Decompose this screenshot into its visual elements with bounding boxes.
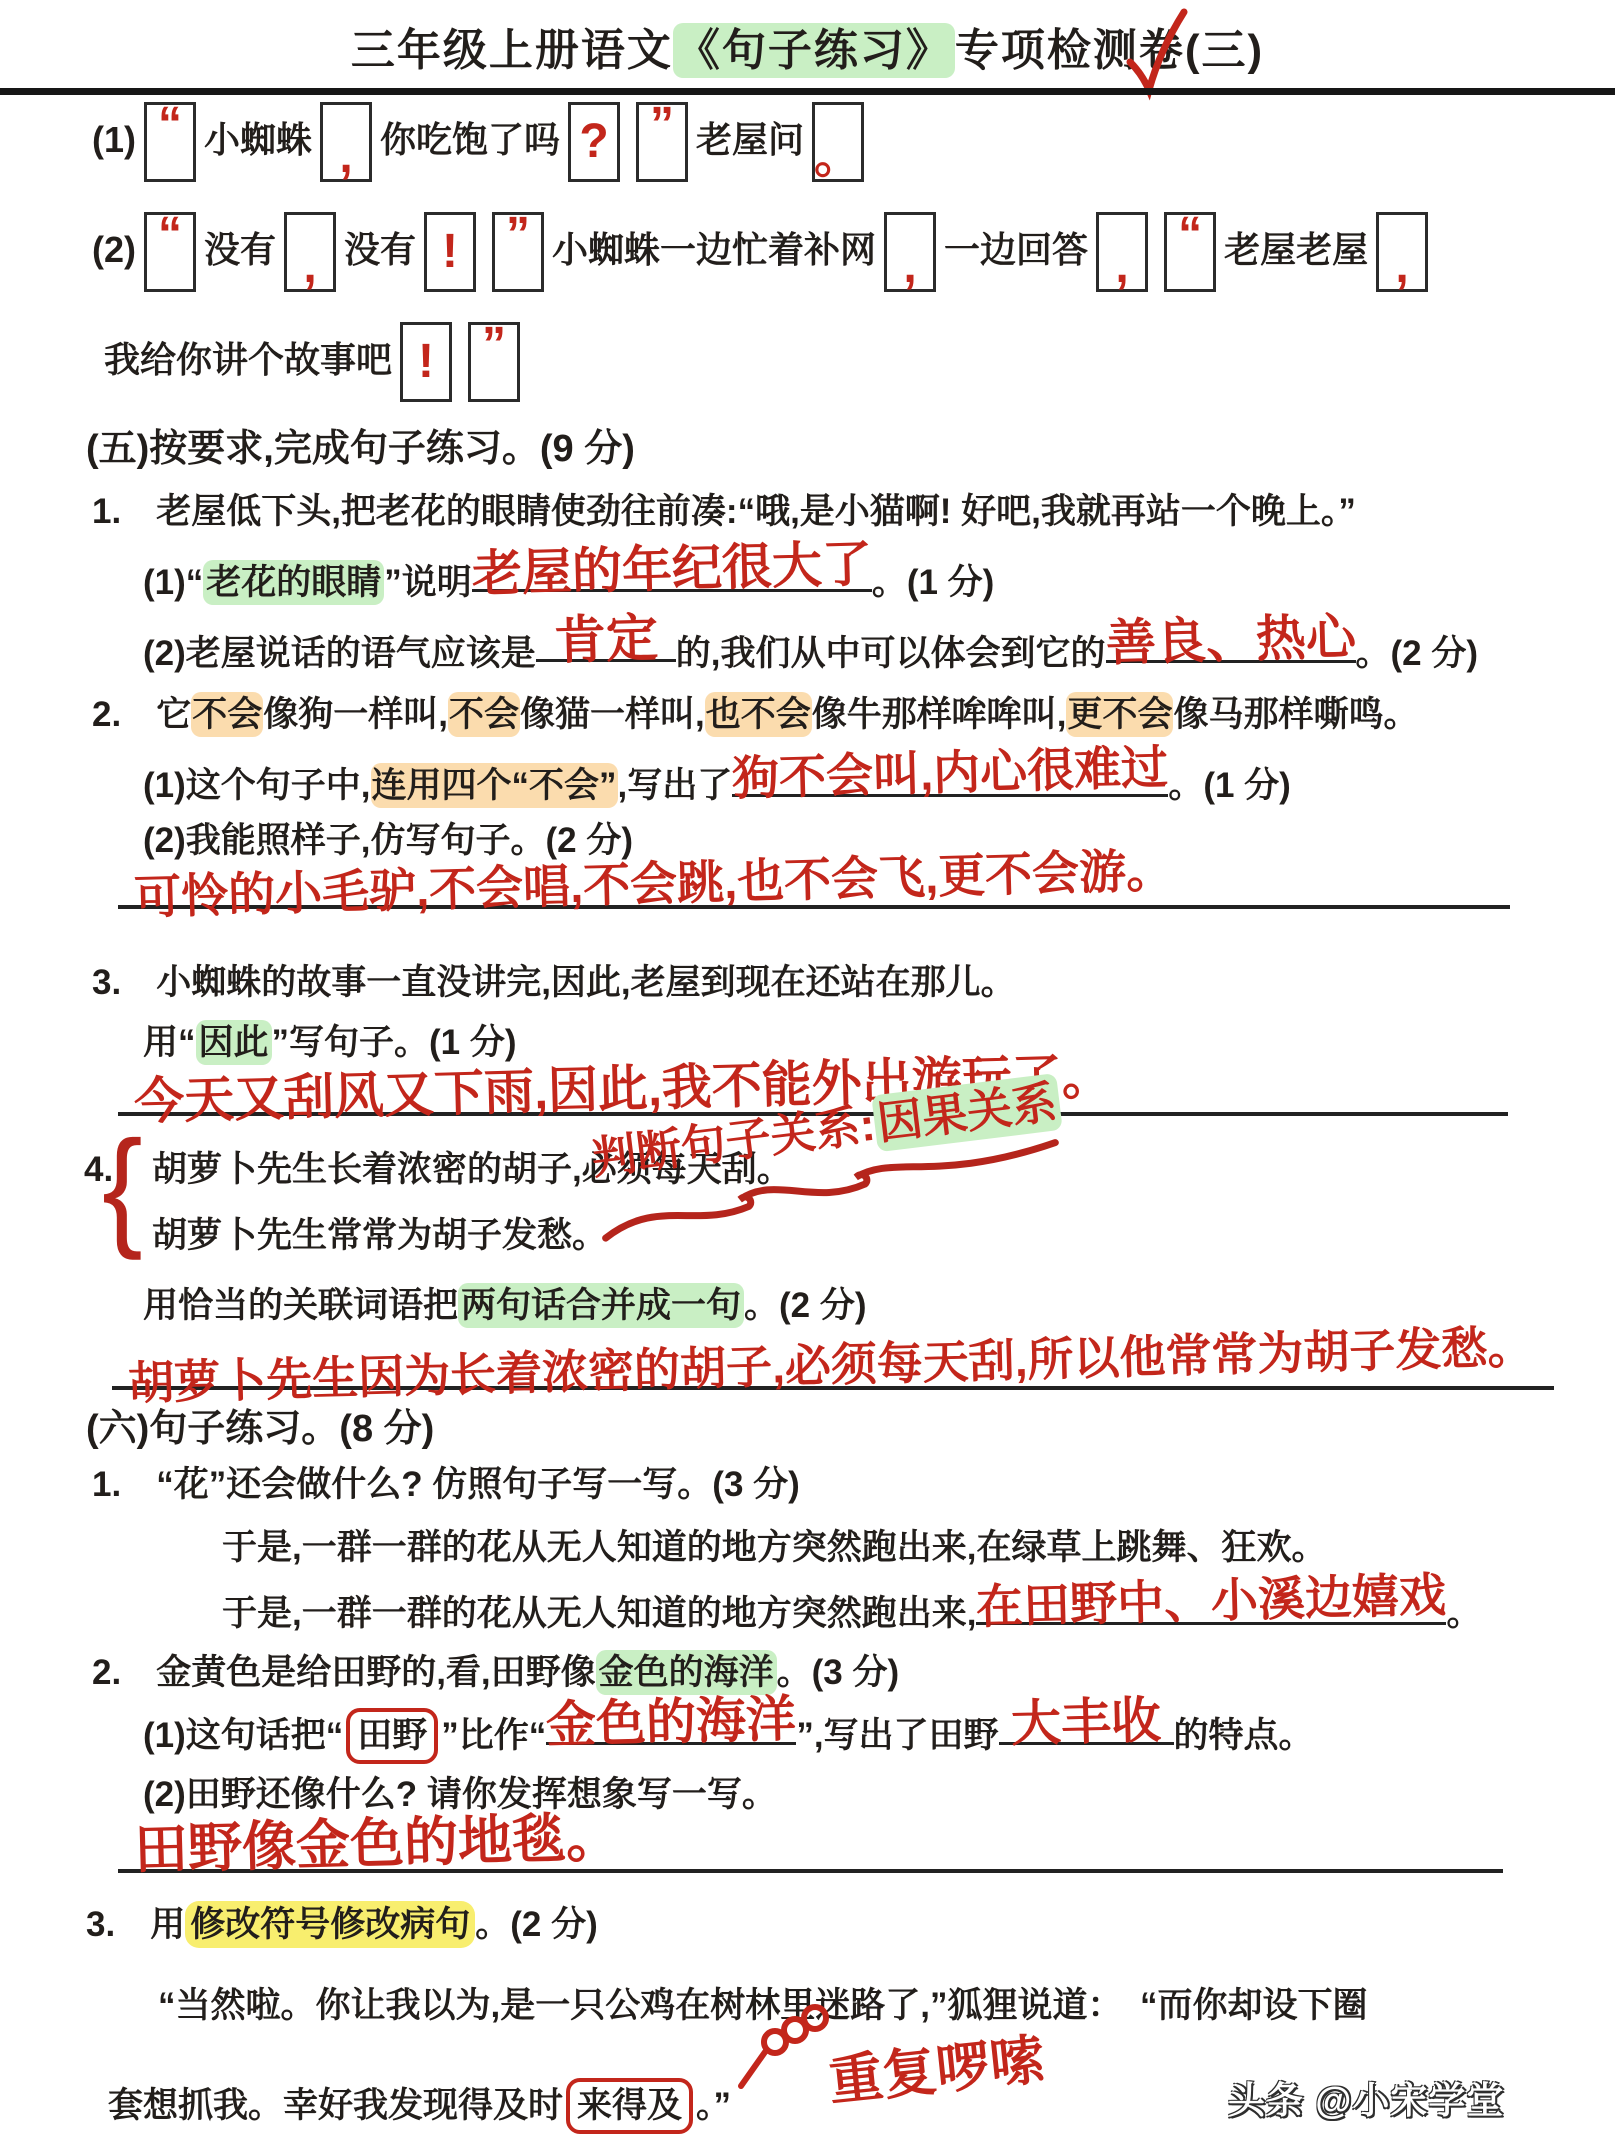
- text-segment: 2. 金黄色是给田野的,看,田野像: [92, 1653, 596, 1692]
- page-title: 三年级上册语文《句子练习》专项检测卷(三): [0, 14, 1615, 78]
- text-segment: 套想抓我。幸好我发现得及时: [108, 2086, 563, 2125]
- answer-blank: 大丰收: [999, 1705, 1174, 1745]
- punctuation-answer-box: ,: [320, 102, 372, 182]
- handwritten-answer: 肯定: [553, 613, 658, 668]
- handwritten-answer: 狗不会叫,内心很难过: [732, 743, 1169, 801]
- highlighted-text: 连用四个“不会”: [371, 763, 618, 808]
- handwritten-answer: 老屋的年纪很大了: [471, 539, 872, 599]
- watermark: 头条 @小宋学堂: [1228, 2070, 1504, 2124]
- error-type-annotation: 重复啰嗦: [825, 2017, 1048, 2116]
- handwritten-punctuation: “: [158, 211, 182, 259]
- answer-blank: 老屋的年纪很大了: [472, 552, 872, 592]
- title-post: 专项检测卷(三): [955, 26, 1264, 75]
- s6-q1-stem: 1. “花”还会做什么? 仿照句子写一写。(3 分): [92, 1462, 800, 1508]
- text-segment: 。(1 分): [1168, 766, 1291, 805]
- text-segment: 。(1 分): [872, 563, 995, 602]
- punctuation-answer-box: ?: [568, 102, 620, 182]
- handwritten-answer: 胡萝卜先生因为长着浓密的胡子,必须每天刮,所以他常常为胡子发愁。: [128, 1324, 1534, 1407]
- title-highlight: 《句子练习》: [673, 23, 955, 78]
- text-segment: (1)这句话把“: [143, 1716, 343, 1755]
- text-segment: 。(2 分): [475, 1905, 598, 1944]
- punctuation-answer-box: ,: [884, 212, 936, 292]
- text-segment: 我给你讲个故事吧: [104, 339, 392, 380]
- text-segment: 。(3 分): [777, 1653, 900, 1692]
- punctuation-line-2: (2)“没有,没有!”小蜘蛛一边忙着补网,一边回答,“老屋老屋,: [92, 208, 1436, 292]
- handwritten-punctuation: ,: [903, 243, 916, 291]
- handwritten-answer: 大丰收: [1010, 1695, 1161, 1749]
- s5-q4-sentence2: 胡萝卜先生常常为胡子发愁。: [152, 1213, 607, 1259]
- text-segment: 没有: [344, 229, 416, 270]
- handwritten-punctuation: ,: [1395, 243, 1408, 291]
- text-segment: 像马那样嘶鸣。: [1173, 695, 1418, 734]
- handwritten-punctuation: 。: [814, 133, 862, 181]
- text-segment: 。(2 分): [1356, 634, 1479, 673]
- handwritten-answer: 善良、热心: [1105, 612, 1356, 669]
- text-segment: 于是,一群一群的花从无人知道的地方突然跑出来,: [222, 1594, 976, 1633]
- punctuation-line-1: (1)“小蜘蛛,你吃饱了吗?”老屋问。: [92, 98, 872, 182]
- handwritten-punctuation: ,: [1115, 243, 1128, 291]
- s6-q3-paragraph2: 套想抓我。幸好我发现得及时来得及。”: [108, 2078, 731, 2134]
- handwritten-punctuation: “: [1178, 211, 1202, 259]
- section6-heading: (六)句子练习。(8 分): [86, 1405, 434, 1454]
- punctuation-answer-box: “: [144, 212, 196, 292]
- red-circled-text: 田野: [346, 1708, 438, 1764]
- text-segment: 3. 用: [86, 1905, 185, 1944]
- highlighted-text: 老花的眼睛: [203, 560, 384, 605]
- s5-q2-sub1: (1)这个句子中,连用四个“不会”,写出了狗不会叫,内心很难过。(1 分): [143, 757, 1291, 809]
- punctuation-answer-box: “: [144, 102, 196, 182]
- handwritten-punctuation: ,: [339, 133, 352, 181]
- section5-heading: (五)按要求,完成句子练习。(9 分): [86, 425, 635, 474]
- answer-blank: 狗不会叫,内心很难过: [732, 757, 1168, 797]
- text-segment: 的,我们从中可以体会到它的: [676, 634, 1106, 673]
- text-segment: 2. 它: [92, 695, 191, 734]
- red-checkmark-icon: [1120, 6, 1192, 98]
- text-segment: 你吃饱了吗: [380, 119, 560, 160]
- handwritten-punctuation: ?: [579, 118, 608, 166]
- punctuation-answer-box: ”: [468, 322, 520, 402]
- text-segment: 像牛那样哞哞叫,: [812, 695, 1067, 734]
- title-pre: 三年级上册语文: [351, 26, 673, 75]
- text-segment: (1)“: [143, 563, 203, 602]
- text-segment: 3. 小蜘蛛的故事一直没讲完,因此,老屋到现在还站在那儿。: [92, 963, 1016, 1002]
- punctuation-answer-box: 。: [812, 102, 864, 182]
- handwritten-answer: 金色的海洋: [546, 1694, 797, 1751]
- text-segment: 一边回答: [944, 229, 1088, 270]
- text-segment: 的特点。: [1174, 1716, 1314, 1755]
- punctuation-answer-box: !: [424, 212, 476, 292]
- s6-q2-stem: 2. 金黄色是给田野的,看,田野像金色的海洋。(3 分): [92, 1650, 899, 1696]
- text-segment: 1. 老屋低下头,把老花的眼睛使劲往前凑:“哦,是小猫啊! 好吧,我就再站一个晚…: [92, 492, 1356, 531]
- header-divider: [0, 88, 1615, 95]
- handwritten-punctuation: ,: [303, 243, 316, 291]
- punctuation-answer-box: ”: [492, 212, 544, 292]
- s5-q1-sub2: (2)老屋说话的语气应该是肯定的,我们从中可以体会到它的善良、热心。(2 分): [143, 622, 1478, 677]
- handwritten-punctuation: !: [418, 338, 434, 386]
- text-segment: 小蜘蛛: [204, 119, 312, 160]
- text-segment: 没有: [204, 229, 276, 270]
- handwritten-punctuation: “: [158, 101, 182, 149]
- text-segment: (1)这个句子中,: [143, 766, 371, 805]
- punctuation-answer-box: ”: [636, 102, 688, 182]
- text-segment: 老屋老屋: [1224, 229, 1368, 270]
- highlighted-text: 也不会: [705, 692, 812, 737]
- answer-blank: 金色的海洋: [546, 1705, 796, 1745]
- text-segment: 胡萝卜先生常常为胡子发愁。: [152, 1216, 607, 1255]
- text-segment: 老屋问: [696, 119, 804, 160]
- s5-q1-sub1: (1)“老花的眼睛”说明老屋的年纪很大了。(1 分): [143, 552, 994, 606]
- s6-q2-answer-line: 田野像金色的地毯。: [118, 1805, 1503, 1873]
- s5-q3-stem: 3. 小蜘蛛的故事一直没讲完,因此,老屋到现在还站在那儿。: [92, 960, 1016, 1006]
- s6-q1-example: 于是,一群一群的花从无人知道的地方突然跑出来,在绿草上跳舞、狂欢。: [222, 1525, 1326, 1571]
- text-segment: (2): [92, 229, 136, 270]
- s6-q3-stem: 3. 用修改符号修改病句。(2 分): [86, 1902, 598, 1948]
- text-segment: 1. “花”还会做什么? 仿照句子写一写。(3 分): [92, 1465, 800, 1504]
- answer-blank: 在田野中、小溪边嬉戏: [976, 1585, 1446, 1625]
- curly-brace: {: [102, 1121, 143, 1253]
- punctuation-line-3: 我给你讲个故事吧!”: [104, 318, 528, 402]
- red-circled-text: 来得及: [566, 2078, 693, 2134]
- s5-q2-stem: 2. 它不会像狗一样叫,不会像猫一样叫,也不会像牛那样哞哞叫,更不会像马那样嘶鸣…: [92, 692, 1418, 738]
- text-segment: 。”: [696, 2086, 731, 2125]
- highlighted-text: 不会: [448, 692, 520, 737]
- text-segment: 小蜘蛛一边忙着补网: [552, 229, 876, 270]
- handwritten-answer: 可怜的小毛驴,不会唱,不会跳,也不会飞,更不会游。: [134, 846, 1174, 920]
- text-segment: ”比作“: [441, 1716, 546, 1755]
- highlighted-text: 修改符号修改病句: [185, 1901, 475, 1948]
- handwritten-punctuation: ”: [650, 101, 674, 149]
- s5-q2-answer-line: 可怜的小毛驴,不会唱,不会跳,也不会飞,更不会游。: [118, 845, 1510, 909]
- handwritten-answer: 在田野中、小溪边嬉戏: [976, 1571, 1447, 1630]
- s6-q1-imitation: 于是,一群一群的花从无人知道的地方突然跑出来,在田野中、小溪边嬉戏。: [222, 1585, 1481, 1637]
- punctuation-answer-box: !: [400, 322, 452, 402]
- s5-q4-answer-line: 胡萝卜先生因为长着浓密的胡子,必须每天刮,所以他常常为胡子发愁。: [112, 1318, 1554, 1390]
- text-segment: (1): [92, 119, 136, 160]
- highlighted-text: 金色的海洋: [596, 1650, 777, 1695]
- highlighted-text: 更不会: [1066, 692, 1173, 737]
- text-segment: ,写出了: [618, 766, 733, 805]
- text-segment: 。: [1446, 1594, 1481, 1633]
- text-segment: 像狗一样叫,: [263, 695, 448, 734]
- s5-q1-stem: 1. 老屋低下头,把老花的眼睛使劲往前凑:“哦,是小猫啊! 好吧,我就再站一个晚…: [92, 489, 1356, 535]
- text-segment: ”,写出了田野: [796, 1716, 998, 1755]
- punctuation-answer-box: ,: [284, 212, 336, 292]
- s6-q2-sub1: (1)这句话把“田野”比作“金色的海洋”,写出了田野大丰收的特点。: [143, 1705, 1314, 1764]
- text-segment: 于是,一群一群的花从无人知道的地方突然跑出来,在绿草上跳舞、狂欢。: [222, 1528, 1326, 1567]
- punctuation-answer-box: ,: [1376, 212, 1428, 292]
- punctuation-answer-box: “: [1164, 212, 1216, 292]
- text-segment: (2)老屋说话的语气应该是: [143, 634, 536, 673]
- text-segment: 像猫一样叫,: [520, 695, 705, 734]
- answer-blank: 肯定: [536, 622, 676, 662]
- text-segment: ”说明: [384, 563, 472, 602]
- highlighted-text: 不会: [191, 692, 263, 737]
- handwritten-answer: 田野像金色的地毯。: [133, 1811, 620, 1878]
- handwritten-punctuation: ”: [506, 211, 530, 259]
- handwritten-punctuation: !: [442, 228, 458, 276]
- punctuation-answer-box: ,: [1096, 212, 1148, 292]
- handwritten-punctuation: ”: [482, 321, 506, 369]
- worksheet-page: 三年级上册语文《句子练习》专项检测卷(三) (1)“小蜘蛛,你吃饱了吗?”老屋问…: [0, 0, 1615, 2153]
- answer-blank: 善良、热心: [1106, 623, 1356, 663]
